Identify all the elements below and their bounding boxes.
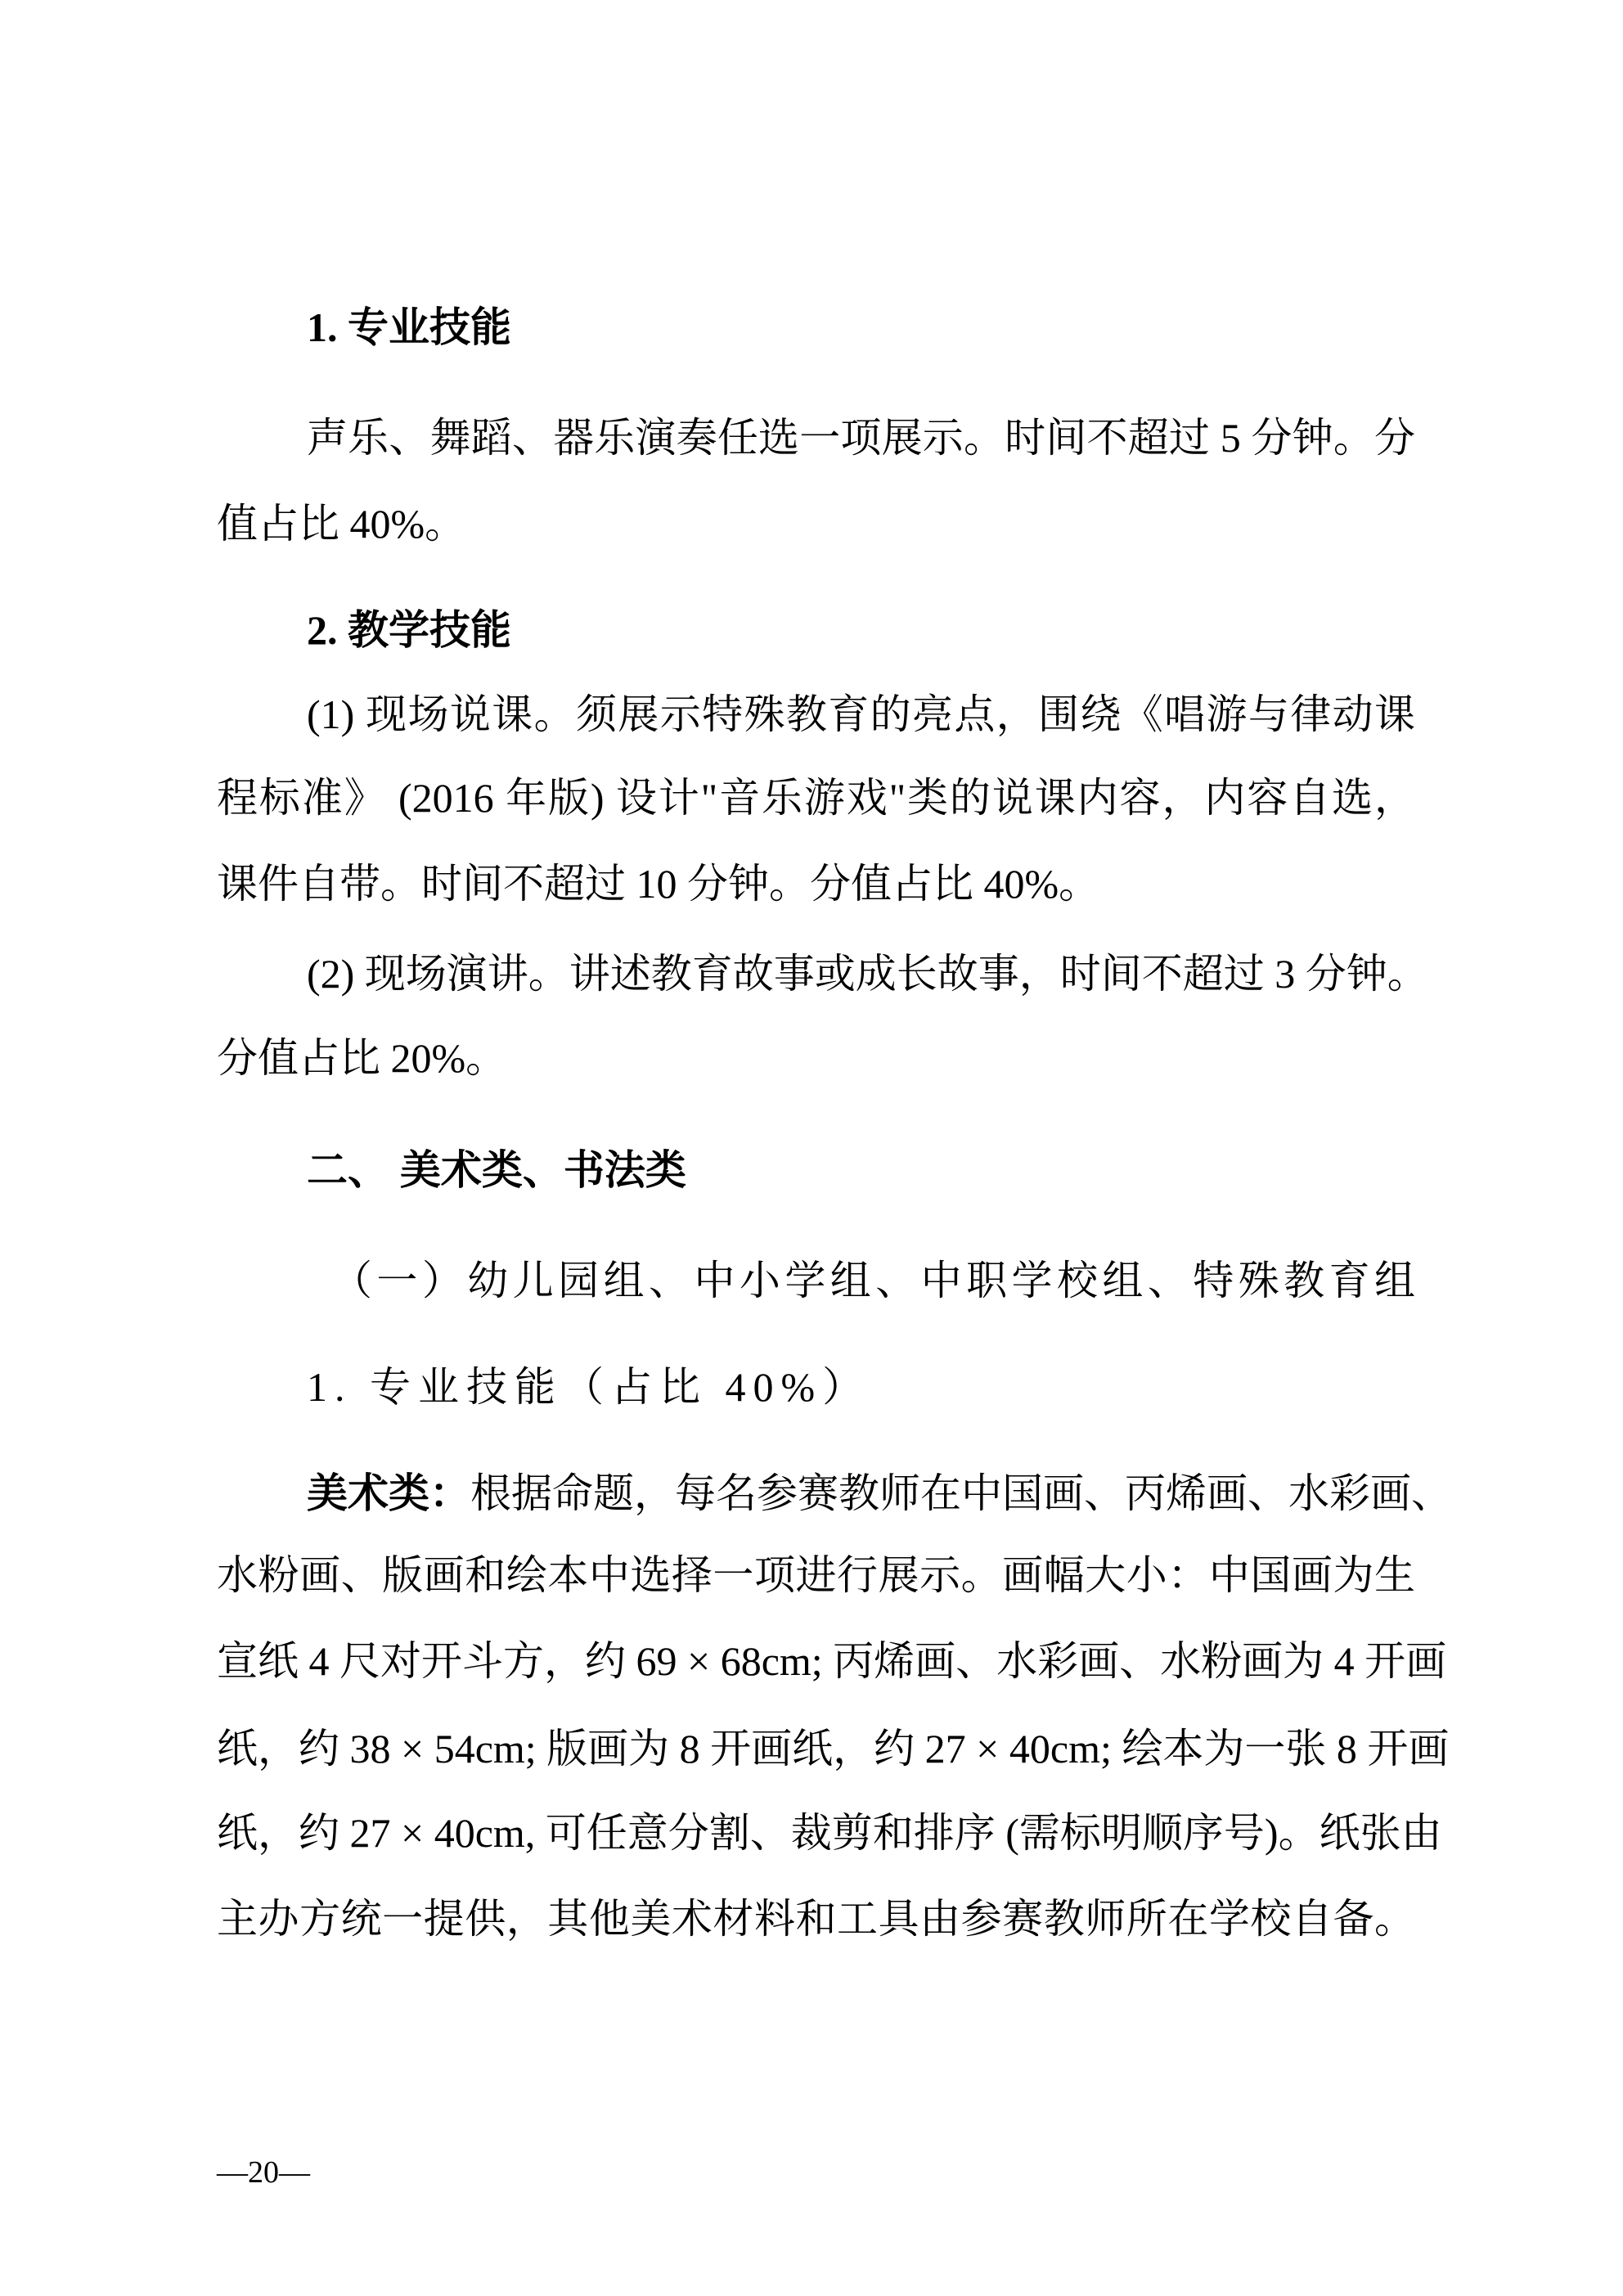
paragraph-line: 纸，约 38 × 54cm; 版画为 8 开画纸，约 27 × 40cm; 绘本… (217, 1720, 1415, 1777)
heading-professional-skills: 1. 专业技能 (307, 299, 1415, 356)
paragraph-line: (2) 现场演讲。讲述教育故事或成长故事，时间不超过 3 分钟。 (307, 945, 1415, 1002)
paragraph-line: 声乐、舞蹈、器乐演奏任选一项展示。时间不超过 5 分钟。分 (307, 409, 1415, 466)
paragraph-line: 程标准》 (2016 年版) 设计"音乐游戏"类的说课内容，内容自选， (217, 769, 1415, 826)
paragraph-line: 分值占比 20%。 (217, 1029, 1415, 1087)
art-category-label: 美术类： (307, 1470, 470, 1516)
group-title: （一）幼儿园组、中小学组、中职学校组、特殊教育组 (331, 1252, 1415, 1309)
page-number: —20— (217, 2154, 310, 2191)
heading-professional-skills-40: 1. 专业技能（占比 40%） (307, 1358, 1415, 1416)
section-heading-art-calligraphy: 二、 美术类、书法类 (307, 1141, 1415, 1199)
paragraph-line: 值占比 40%。 (217, 495, 1415, 552)
art-category-text: 根据命题，每名参赛教师在中国画、丙烯画、水彩画、 (470, 1470, 1452, 1516)
paragraph-line: 水粉画、版画和绘本中选择一项进行展示。画幅大小：中国画为生 (217, 1546, 1415, 1604)
paragraph-line: (1) 现场说课。须展示特殊教育的亮点，围绕《唱游与律动课 (307, 686, 1415, 743)
document-page: 1. 专业技能 声乐、舞蹈、器乐演奏任选一项展示。时间不超过 5 分钟。分 值占… (0, 0, 1623, 2296)
paragraph-line: 美术类：根据命题，每名参赛教师在中国画、丙烯画、水彩画、 (307, 1465, 1415, 1522)
paragraph-line: 宣纸 4 尺对开斗方，约 69 × 68cm; 丙烯画、水彩画、水粉画为 4 开… (217, 1632, 1415, 1690)
heading-teaching-skills: 2. 教学技能 (307, 601, 1415, 659)
paragraph-line: 课件自带。时间不超过 10 分钟。分值占比 40%。 (217, 855, 1415, 912)
paragraph-line: 纸，约 27 × 40cm, 可任意分割、裁剪和排序 (需标明顺序号)。纸张由 (217, 1804, 1415, 1862)
paragraph-line: 主办方统一提供，其他美术材料和工具由参赛教师所在学校自备。 (217, 1890, 1415, 1947)
